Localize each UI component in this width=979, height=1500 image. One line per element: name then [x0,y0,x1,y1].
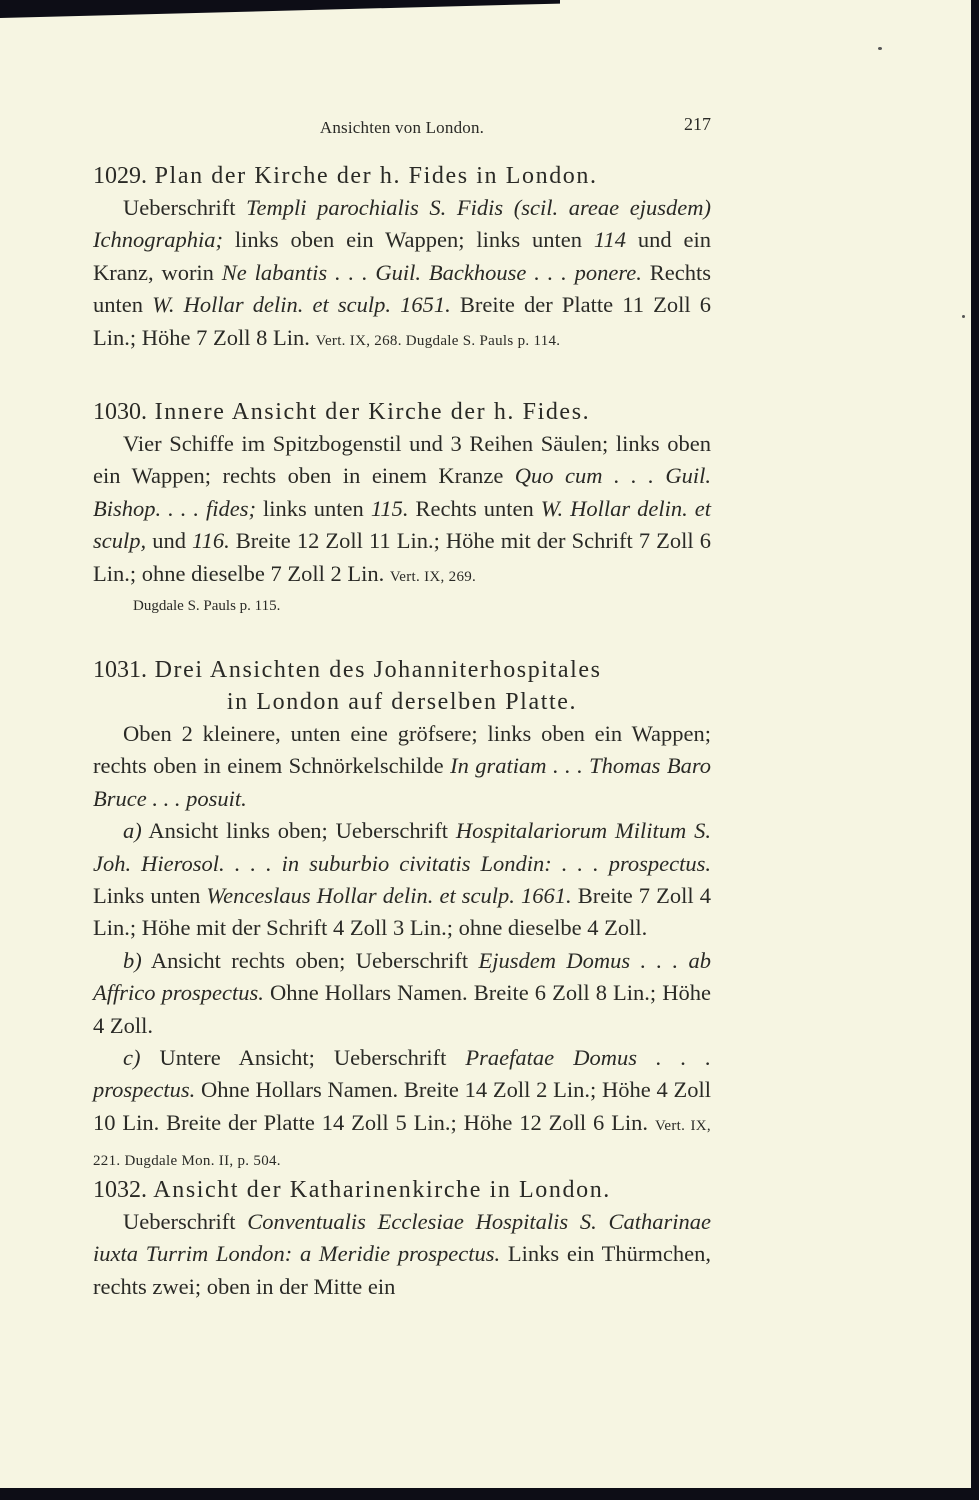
body-text: Links unten [93,883,206,908]
entry-heading: Innere Ansicht der Kirche der h. Fides. [155,399,591,425]
reference-citation: Vert. IX, 269. [390,569,476,585]
italic-text: 116. [192,528,230,553]
entry-title: 1029. Plan der Kirche der h. Fides in Lo… [93,160,711,192]
body-text: Untere Ansicht; Ueberschrift [140,1045,465,1070]
entry-paragraph-c: c) Untere Ansicht; Ueberschrift Praefata… [93,1042,711,1178]
paper-speck [962,315,965,318]
entry-title: 1032. Ansicht der Katharinenkirche in Lo… [93,1174,711,1206]
entry-paragraph: Ueberschrift Conventualis Ecclesiae Hosp… [93,1206,711,1303]
entry-paragraph-b: b) Ansicht rechts oben; Ueberschrift Eju… [93,945,711,1042]
entry-paragraph: Vier Schiffe im Spitzbogenstil und 3 Rei… [93,428,711,593]
entry-1031: 1031. Drei Ansichten des Johanniterhospi… [93,654,711,1178]
body-text: links unten [256,496,371,521]
italic-text: Ne labantis . . . Guil. Backhouse . . . … [222,260,642,285]
entry-number: 1031. [93,657,147,683]
italic-text: c) [123,1045,140,1070]
italic-text: 114 [594,227,626,252]
entry-1032: 1032. Ansicht der Katharinenkirche in Lo… [93,1174,711,1303]
entry-paragraph: Ueberschrift Templi parochialis S. Fidis… [93,192,711,357]
paper-speck [878,47,882,50]
entry-paragraph: Oben 2 kleinere, unten eine gröfsere; li… [93,718,711,815]
book-page: Ansichten von London. 217 1029. Plan der… [0,0,971,1488]
body-text: links oben ein Wappen; links unten [223,227,594,252]
entry-title: 1031. Drei Ansichten des Johanniterhospi… [93,654,711,718]
entry-heading-continued: in London auf derselben Platte. [93,686,711,718]
scan-edge-shadow [0,0,560,18]
italic-text: b) [123,948,142,973]
reference-citation: Vert. IX, 268. Dugdale S. Pauls p. 114. [315,333,560,349]
running-title: Ansichten von London. [93,118,711,138]
reference-line: Dugdale S. Pauls p. 115. [93,593,711,619]
entry-number: 1029. [93,163,147,189]
entry-heading: Drei Ansichten des Johanniterhospitales [155,657,602,683]
entry-paragraph-a: a) Ansicht links oben; Ueberschrift Hosp… [93,815,711,945]
entry-1030: 1030. Innere Ansicht der Kirche der h. F… [93,396,711,619]
entry-title: 1030. Innere Ansicht der Kirche der h. F… [93,396,711,428]
body-text: Rechts unten [409,496,541,521]
italic-text: Wenceslaus Hollar delin. et sculp. 1661. [206,883,571,908]
running-head: Ansichten von London. 217 [93,114,711,144]
body-text: Ansicht links oben; Ueberschrift [142,818,456,843]
entry-1029: 1029. Plan der Kirche der h. Fides in Lo… [93,160,711,357]
body-text: Ueberschrift [123,1209,247,1234]
body-text: und [146,528,192,553]
entry-heading: Ansicht der Katharinenkirche in London. [153,1177,611,1203]
entry-number: 1030. [93,399,147,425]
italic-text: a) [123,818,142,843]
italic-text: W. Hollar delin. et sculp. 1651. [152,292,451,317]
body-text: Ueberschrift [123,195,246,220]
entry-number: 1032. [93,1177,147,1203]
entry-heading: Plan der Kirche der h. Fides in London. [155,163,598,189]
body-text: Ansicht rechts oben; Ueberschrift [142,948,479,973]
italic-text: 115. [371,496,409,521]
page-number: 217 [684,114,711,135]
